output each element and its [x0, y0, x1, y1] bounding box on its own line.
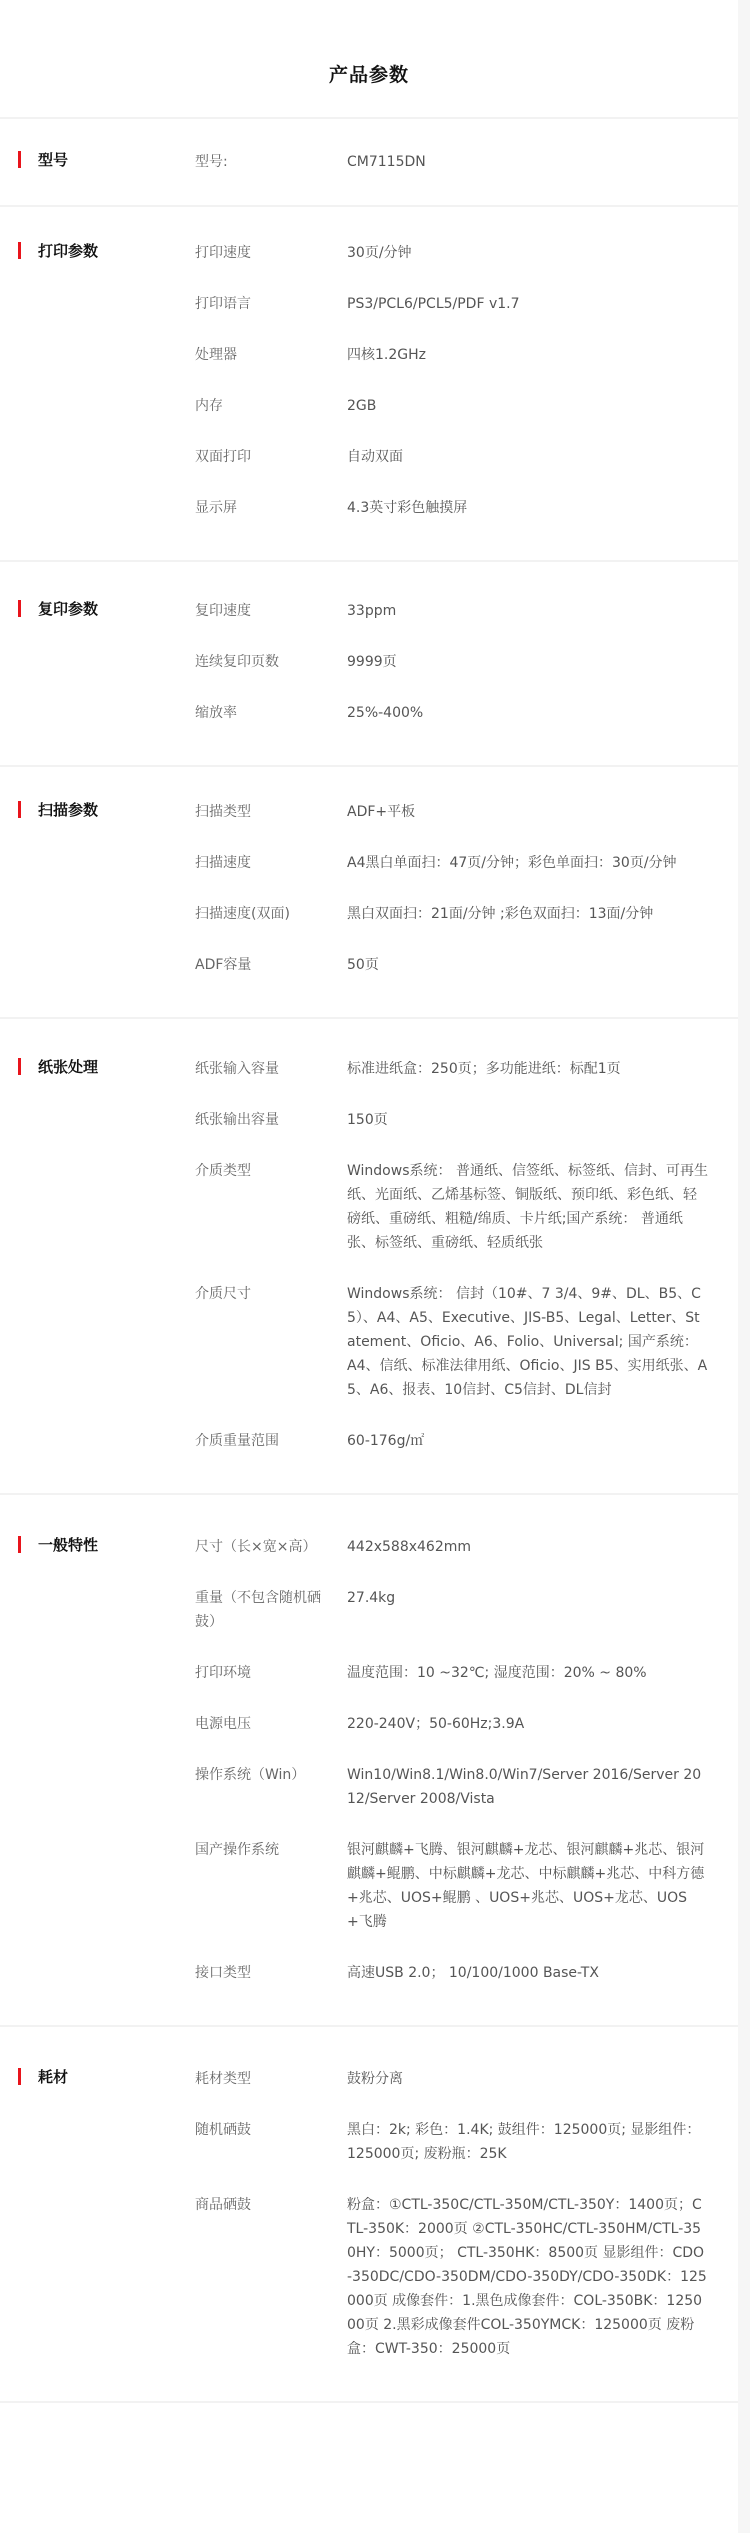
- spec-value: 60-176g/㎡: [347, 1429, 708, 1453]
- spec-value: 220-240V；50-60Hz;3.9A: [347, 1712, 708, 1736]
- section-header: 打印参数: [18, 241, 195, 520]
- spec-page: 产品参数 型号 型号: CM7115DN 打印参数 打印速度30页/分钟 打印语…: [0, 0, 738, 2533]
- spec-key: 介质尺寸: [195, 1282, 347, 1402]
- section-title: 复印参数: [38, 599, 98, 619]
- spec-key: 介质重量范围: [195, 1429, 347, 1453]
- spec-key: 处理器: [195, 343, 347, 367]
- section-marker-icon: [18, 600, 21, 617]
- spec-value: 黑白：2k; 彩色：1.4K; 鼓组件：125000页; 显影组件：125000…: [347, 2118, 708, 2166]
- spec-key: 尺寸（长×宽×高）: [195, 1535, 347, 1559]
- spec-key: 扫描速度(双面): [195, 902, 347, 926]
- spec-row: 显示屏4.3英寸彩色触摸屏: [195, 496, 708, 520]
- spec-value: 2GB: [347, 394, 708, 418]
- section-marker-icon: [18, 151, 21, 168]
- spec-key: 打印语言: [195, 292, 347, 316]
- spec-row: 随机硒鼓 黑白：2k; 彩色：1.4K; 鼓组件：125000页; 显影组件：1…: [195, 2118, 708, 2166]
- spec-row: 扫描速度A4黑白单面扫：47页/分钟；彩色单面扫：30页/分钟: [195, 851, 708, 875]
- spec-value: 鼓粉分离: [347, 2067, 708, 2091]
- spec-value: A4黑白单面扫：47页/分钟；彩色单面扫：30页/分钟: [347, 851, 708, 875]
- spec-rows: 复印速度33ppm 连续复印页数9999页 缩放率25%-400%: [195, 599, 738, 725]
- spec-rows: 尺寸（长×宽×高）442x588x462mm 重量（不包含随机硒鼓）27.4kg…: [195, 1535, 738, 1985]
- spec-key: 打印环境: [195, 1661, 347, 1685]
- spec-row: 扫描速度(双面)黑白双面扫：21面/分钟 ;彩色双面扫：13面/分钟: [195, 902, 708, 926]
- section-copy: 复印参数 复印速度33ppm 连续复印页数9999页 缩放率25%-400%: [0, 560, 738, 765]
- spec-row: 纸张输入容量标准进纸盒：250页；多功能进纸：标配1页: [195, 1057, 708, 1081]
- section-title: 耗材: [38, 2067, 68, 2087]
- spec-key: 商品硒鼓: [195, 2193, 347, 2361]
- spec-key: 双面打印: [195, 445, 347, 469]
- spec-row: 操作系统（Win）Win10/Win8.1/Win8.0/Win7/Server…: [195, 1763, 708, 1811]
- spec-value: 粉盒：①CTL-350C/CTL-350M/CTL-350Y：1400页；CTL…: [347, 2193, 708, 2361]
- spec-value: 四核1.2GHz: [347, 343, 708, 367]
- spec-key: 电源电压: [195, 1712, 347, 1736]
- spec-value: 4.3英寸彩色触摸屏: [347, 496, 708, 520]
- spec-row: 重量（不包含随机硒鼓）27.4kg: [195, 1586, 708, 1634]
- spec-key: 缩放率: [195, 701, 347, 725]
- section-header: 复印参数: [18, 599, 195, 725]
- section-header: 纸张处理: [18, 1057, 195, 1453]
- spec-key: 复印速度: [195, 599, 347, 623]
- spec-key: 纸张输出容量: [195, 1108, 347, 1132]
- spec-value: 9999页: [347, 650, 708, 674]
- spec-row: 商品硒鼓粉盒：①CTL-350C/CTL-350M/CTL-350Y：1400页…: [195, 2193, 708, 2361]
- spec-row: 扫描类型ADF+平板: [195, 800, 708, 824]
- spec-key: 扫描类型: [195, 800, 347, 824]
- spec-value: 银河麒麟+飞腾、银河麒麟+龙芯、银河麒麟+兆芯、银河麒麟+鲲鹏、中标麒麟+龙芯、…: [347, 1838, 708, 1934]
- spec-key: 型号:: [195, 150, 347, 174]
- spec-value: 黑白双面扫：21面/分钟 ;彩色双面扫：13面/分钟: [347, 902, 708, 926]
- spec-key: 国产操作系统: [195, 1838, 347, 1934]
- spec-row: 打印速度30页/分钟: [195, 241, 708, 265]
- spec-rows: 纸张输入容量标准进纸盒：250页；多功能进纸：标配1页 纸张输出容量150页 介…: [195, 1057, 738, 1453]
- spec-value: 150页: [347, 1108, 708, 1132]
- spec-rows: 打印速度30页/分钟 打印语言PS3/PCL6/PCL5/PDF v1.7 处理…: [195, 241, 738, 520]
- spec-row: 处理器四核1.2GHz: [195, 343, 708, 367]
- section-marker-icon: [18, 2068, 21, 2085]
- spec-value: ADF+平板: [347, 800, 708, 824]
- spec-row: 国产操作系统银河麒麟+飞腾、银河麒麟+龙芯、银河麒麟+兆芯、银河麒麟+鲲鹏、中标…: [195, 1838, 708, 1934]
- section-print: 打印参数 打印速度30页/分钟 打印语言PS3/PCL6/PCL5/PDF v1…: [0, 205, 738, 560]
- spec-key: 显示屏: [195, 496, 347, 520]
- spec-value: CM7115DN: [347, 150, 708, 174]
- section-marker-icon: [18, 1058, 21, 1075]
- spec-row: 打印语言PS3/PCL6/PCL5/PDF v1.7: [195, 292, 708, 316]
- spec-key: 扫描速度: [195, 851, 347, 875]
- spec-key: 重量（不包含随机硒鼓）: [195, 1586, 347, 1634]
- spec-key: 纸张输入容量: [195, 1057, 347, 1081]
- spec-row: 介质重量范围60-176g/㎡: [195, 1429, 708, 1453]
- spec-value: 27.4kg: [347, 1586, 708, 1634]
- spec-row: 缩放率25%-400%: [195, 701, 708, 725]
- spec-key: 操作系统（Win）: [195, 1763, 347, 1811]
- section-marker-icon: [18, 1536, 21, 1553]
- section-marker-icon: [18, 801, 21, 818]
- section-title: 扫描参数: [38, 800, 98, 820]
- spec-key: ADF容量: [195, 953, 347, 977]
- spec-rows: 扫描类型ADF+平板 扫描速度A4黑白单面扫：47页/分钟；彩色单面扫：30页/…: [195, 800, 738, 977]
- spec-value: 自动双面: [347, 445, 708, 469]
- section-title: 纸张处理: [38, 1057, 98, 1077]
- spec-row: 纸张输出容量150页: [195, 1108, 708, 1132]
- section-paper-handling: 纸张处理 纸张输入容量标准进纸盒：250页；多功能进纸：标配1页 纸张输出容量1…: [0, 1017, 738, 1493]
- section-header: 耗材: [18, 2067, 195, 2361]
- spec-row: ADF容量50页: [195, 953, 708, 977]
- spec-row: 复印速度33ppm: [195, 599, 708, 623]
- spec-row: 电源电压220-240V；50-60Hz;3.9A: [195, 1712, 708, 1736]
- spec-value: 442x588x462mm: [347, 1535, 708, 1559]
- spec-key: 内存: [195, 394, 347, 418]
- spec-value: 标准进纸盒：250页；多功能进纸：标配1页: [347, 1057, 708, 1081]
- spec-row: 内存2GB: [195, 394, 708, 418]
- spec-value: PS3/PCL6/PCL5/PDF v1.7: [347, 292, 708, 316]
- section-header: 一般特性: [18, 1535, 195, 1985]
- section-general: 一般特性 尺寸（长×宽×高）442x588x462mm 重量（不包含随机硒鼓）2…: [0, 1493, 738, 2025]
- spec-row: 介质尺寸Windows系统： 信封（10#、7 3/4、9#、DL、B5、C5）…: [195, 1282, 708, 1402]
- spec-value: 33ppm: [347, 599, 708, 623]
- spec-key: 接口类型: [195, 1961, 347, 1985]
- spec-key: 介质类型: [195, 1159, 347, 1255]
- spec-value: 高速USB 2.0； 10/100/1000 Base-TX: [347, 1961, 708, 1985]
- section-consumables: 耗材 耗材类型鼓粉分离 随机硒鼓 黑白：2k; 彩色：1.4K; 鼓组件：125…: [0, 2025, 738, 2403]
- spec-row: 介质类型Windows系统： 普通纸、信签纸、标签纸、信封、可再生纸、光面纸、乙…: [195, 1159, 708, 1255]
- spec-row: 双面打印自动双面: [195, 445, 708, 469]
- page-title: 产品参数: [0, 0, 738, 117]
- spec-key: 耗材类型: [195, 2067, 347, 2091]
- section-header: 扫描参数: [18, 800, 195, 977]
- section-scan: 扫描参数 扫描类型ADF+平板 扫描速度A4黑白单面扫：47页/分钟；彩色单面扫…: [0, 765, 738, 1017]
- section-title: 型号: [38, 150, 68, 170]
- spec-key: 连续复印页数: [195, 650, 347, 674]
- spec-value: 25%-400%: [347, 701, 708, 725]
- spec-row: 型号: CM7115DN: [195, 150, 708, 174]
- spec-row: 打印环境温度范围：10 ~32℃; 湿度范围：20% ~ 80%: [195, 1661, 708, 1685]
- spec-row: 耗材类型鼓粉分离: [195, 2067, 708, 2091]
- spec-value: 50页: [347, 953, 708, 977]
- spec-rows: 耗材类型鼓粉分离 随机硒鼓 黑白：2k; 彩色：1.4K; 鼓组件：125000…: [195, 2067, 738, 2361]
- spec-key: 打印速度: [195, 241, 347, 265]
- spec-row: 接口类型高速USB 2.0； 10/100/1000 Base-TX: [195, 1961, 708, 1985]
- section-title: 一般特性: [38, 1535, 98, 1555]
- spec-value: Windows系统： 普通纸、信签纸、标签纸、信封、可再生纸、光面纸、乙烯基标签…: [347, 1159, 708, 1255]
- spec-value: Win10/Win8.1/Win8.0/Win7/Server 2016/Ser…: [347, 1763, 708, 1811]
- section-title: 打印参数: [38, 241, 98, 261]
- spec-value: 30页/分钟: [347, 241, 708, 265]
- spec-row: 尺寸（长×宽×高）442x588x462mm: [195, 1535, 708, 1559]
- section-header: 型号: [18, 150, 195, 174]
- section-model: 型号 型号: CM7115DN: [0, 117, 738, 205]
- section-marker-icon: [18, 242, 21, 259]
- spec-value: 温度范围：10 ~32℃; 湿度范围：20% ~ 80%: [347, 1661, 708, 1685]
- spec-value: Windows系统： 信封（10#、7 3/4、9#、DL、B5、C5）、A4、…: [347, 1282, 708, 1402]
- spec-key: 随机硒鼓: [195, 2118, 347, 2166]
- spec-row: 连续复印页数9999页: [195, 650, 708, 674]
- spec-rows: 型号: CM7115DN: [195, 150, 738, 174]
